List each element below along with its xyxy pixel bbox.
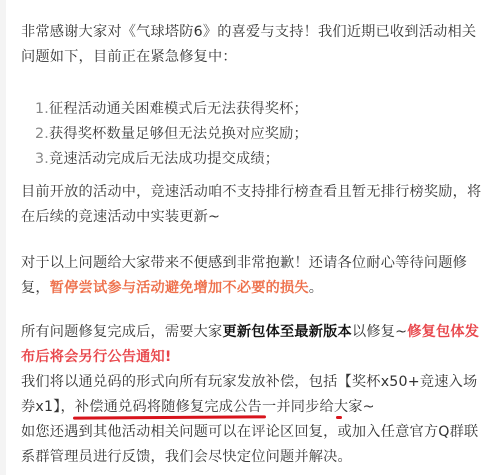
issue-number: 3. <box>35 151 49 167</box>
page-left-border <box>0 0 6 475</box>
code-note: 补偿通兑码将随修复完成公告 <box>75 399 262 415</box>
update-paragraph: 所有问题修复完成后，需要大家更新包体至最新版本以修复~修复包体发布后将会另行公告… <box>21 320 486 370</box>
leaderboard-note: 目前开放的活动中，竞速活动咱不支持排行榜查看且暂无排行榜奖励，将在后续的竞速活动… <box>21 180 486 230</box>
issue-item: 1.征程活动通关困难模式后无法获得奖杯； <box>35 97 475 122</box>
update-instruction: 更新包体至最新版本 <box>222 324 352 340</box>
comma: ， <box>61 399 75 415</box>
issue-item: 2.获得奖杯数量足够但无法兑换对应奖励； <box>35 122 475 147</box>
issue-item: 3.竞速活动完成后无法成功提交成绩； <box>35 147 475 172</box>
issue-text: 征程活动通关困难模式后无法获得奖杯； <box>49 101 308 117</box>
contact-paragraph: 如您还遇到其他活动相关问题可以在评论区回复，或加入任意官方Q群联系群管理员进行反… <box>21 424 478 465</box>
issue-text: 竞速活动完成后无法成功提交成绩； <box>49 151 279 167</box>
apology-paragraph: 对于以上问题给大家带来不便感到非常抱歉！还请各位耐心等待问题修复，暂停尝试参与活… <box>21 251 486 301</box>
compensation-paragraph: 我们将以通兑码的形式向所有玩家发放补偿，包括【奖杯x50+竞速入场券x1】，补偿… <box>21 370 486 470</box>
issue-number: 2. <box>35 126 49 142</box>
compensation-text: 我们将以通兑码的形式向所有玩家发放补偿，包括 <box>21 374 338 390</box>
issue-text: 获得奖杯数量足够但无法兑换对应奖励； <box>49 126 308 142</box>
period: 。 <box>309 280 323 296</box>
update-text: 所有问题修复完成后，需要大家 <box>21 324 222 340</box>
update-text-mid: 以修复~ <box>352 324 407 340</box>
intro-paragraph: 非常感谢大家对《气球塔防6》的喜爱与支持！我们近期已收到活动相关问题如下，目前正… <box>21 20 486 70</box>
issue-list: 1.征程活动通关困难模式后无法获得奖杯； 2.获得奖杯数量足够但无法兑换对应奖励… <box>35 97 475 172</box>
compensation-end: 一并同步给大家~ <box>262 399 375 415</box>
pause-warning: 暂停尝试参与活动避免增加不必要的损失 <box>50 280 309 296</box>
issue-number: 1. <box>35 101 49 117</box>
